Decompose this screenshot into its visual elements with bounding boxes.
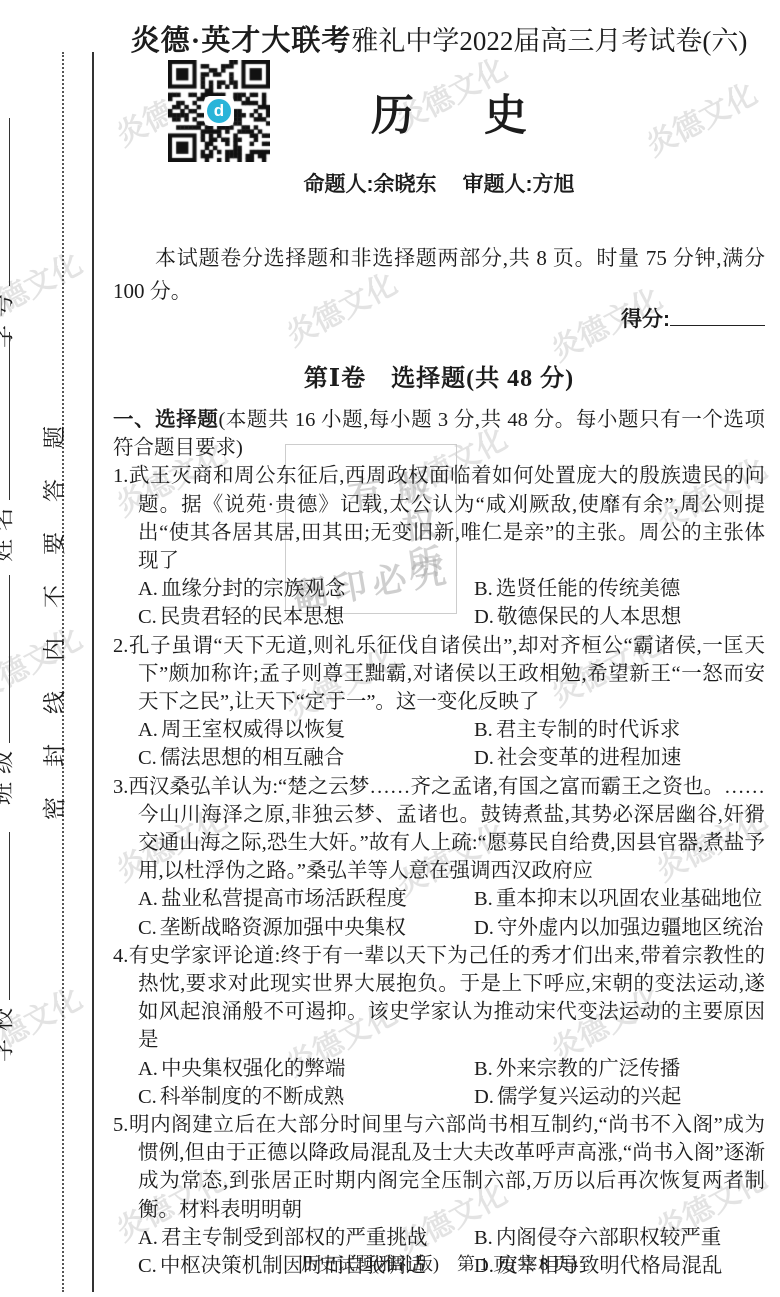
- option-item: A.盐业私营提高市场活跃程度: [138, 885, 474, 913]
- option-text: 儒学复兴运动的兴起: [497, 1086, 682, 1108]
- fill-in-line: [0, 118, 10, 286]
- option-item: B.选贤任能的传统美德: [474, 575, 765, 603]
- options-grid: A.中央集权强化的弊端 B.外来宗教的广泛传播 C.科举制度的不断成熟 D.儒学…: [138, 1055, 765, 1111]
- options-grid: A.血缘分封的宗族观念 B.选贤任能的传统美德 C.民贵君轻的民本思想 D.敬德…: [138, 575, 765, 631]
- qr-logo-letter: d: [207, 99, 231, 123]
- margin-label-school: 学校: [0, 832, 18, 1062]
- options-grid: A.周王室权威得以恢复 B.君主专制的时代诉求 C.儒法思想的相互融合 D.社会…: [138, 716, 765, 772]
- option-item: B.外来宗教的广泛传播: [474, 1055, 765, 1083]
- score-fill-line: [670, 304, 765, 326]
- mcq-instruction: 一、选择题(本题共 16 小题,每小题 3 分,共 48 分。每小题只有一个选项…: [113, 406, 765, 462]
- option-text: 民贵君轻的民本思想: [160, 606, 345, 628]
- reviewer-name: 审题人:方旭: [463, 168, 575, 198]
- fill-in-line: [0, 832, 10, 1000]
- option-label: C.: [138, 1086, 157, 1108]
- option-label: C.: [138, 747, 157, 769]
- margin-label-name: 姓名: [0, 332, 18, 562]
- option-item: A.君主专制受到部权的严重挑战: [138, 1224, 474, 1252]
- option-label: B.: [474, 888, 493, 910]
- option-text: 内阁侵夺六部职权较严重: [496, 1227, 722, 1249]
- footer-page-info: 历史试题(雅礼版) 第 1 页(共 8 页): [113, 1250, 765, 1276]
- question-item: 2.孔子虽谓“天下无道,则礼乐征伐自诸侯出”,却对齐桓公“霸诸侯,一匡天下”颇加…: [113, 632, 765, 773]
- margin-label-class: 班级: [0, 575, 18, 805]
- question-number: 3.: [113, 776, 128, 798]
- option-text: 儒法思想的相互融合: [160, 747, 345, 769]
- option-item: B.重本抑末以巩固农业基础地位: [474, 885, 765, 913]
- exam-intro-paragraph: 本试题卷分选择题和非选择题两部分,共 8 页。时量 75 分钟,满分 100 分…: [113, 242, 765, 308]
- qr-code: d: [168, 60, 270, 162]
- setter-reviewer-line: 命题人:余晓东 审题人:方旭: [113, 168, 765, 198]
- option-label: A.: [138, 1227, 158, 1249]
- option-text: 中央集权强化的弊端: [161, 1058, 346, 1080]
- option-label: A.: [138, 1058, 158, 1080]
- option-text: 周王室权威得以恢复: [161, 719, 346, 741]
- question-number: 4.: [113, 945, 128, 967]
- option-label: A.: [138, 578, 158, 600]
- option-label: B.: [474, 578, 493, 600]
- option-label: A.: [138, 719, 158, 741]
- option-item: D.敬德保民的人本思想: [474, 603, 765, 631]
- question-stem-text: 西汉桑弘羊认为:“楚之云梦……齐之孟诸,有国之富而霸王之资也。……今山川海泽之原…: [128, 776, 765, 883]
- fill-in-line: [0, 575, 10, 743]
- exam-series-brand: 炎德·英才大联考: [131, 25, 352, 57]
- option-label: D.: [474, 747, 494, 769]
- option-label: B.: [474, 1058, 493, 1080]
- option-item: D.社会变革的进程加速: [474, 744, 765, 772]
- seal-solid-line: [92, 52, 94, 1292]
- question-stem: 1.武王灭商和周公东征后,西周政权面临着如何处置庞大的殷族遗民的问题。据《说苑·…: [113, 462, 765, 575]
- qr-logo: d: [204, 96, 234, 126]
- option-item: A.中央集权强化的弊端: [138, 1055, 474, 1083]
- seal-line-notice: 密封线内不要答题: [40, 396, 70, 820]
- option-item: A.周王室权威得以恢复: [138, 716, 474, 744]
- option-text: 敬德保民的人本思想: [497, 606, 682, 628]
- exam-paper-page: 炎德文化 炎德文化 炎德文化 炎德文化 炎德文化 炎德文化 炎德文化 炎德文化 …: [0, 0, 780, 1297]
- question-number: 2.: [113, 635, 128, 657]
- question-stem: 2.孔子虽谓“天下无道,则礼乐征伐自诸侯出”,却对齐桓公“霸诸侯,一匡天下”颇加…: [113, 632, 765, 717]
- option-item: A.血缘分封的宗族观念: [138, 575, 474, 603]
- option-text: 社会变革的进程加速: [497, 747, 682, 769]
- question-stem: 3.西汉桑弘羊认为:“楚之云梦……齐之孟诸,有国之富而霸王之资也。……今山川海泽…: [113, 773, 765, 886]
- option-text: 垄断战略资源加强中央集权: [160, 917, 406, 939]
- question-stem-text: 武王灭商和周公东征后,西周政权面临着如何处置庞大的殷族遗民的问题。据《说苑·贵德…: [128, 465, 765, 572]
- question-stem: 5.明内阁建立后在大部分时间里与六部尚书相互制约,“尚书不入阁”成为惯例,但由于…: [113, 1111, 765, 1224]
- option-item: D.儒学复兴运动的兴起: [474, 1083, 765, 1111]
- option-label: C.: [138, 606, 157, 628]
- margin-label-student-id: 学号: [0, 118, 18, 348]
- fill-in-line: [0, 332, 10, 500]
- question-stem-text: 有史学家评论道:终于有一辈以天下为己任的秀才们出来,带着宗教性的热忱,要求对此现…: [128, 945, 765, 1052]
- question-stem: 4.有史学家评论道:终于有一辈以天下为己任的秀才们出来,带着宗教性的热忱,要求对…: [113, 942, 765, 1055]
- option-label: A.: [138, 888, 158, 910]
- option-label: B.: [474, 719, 493, 741]
- option-text: 君主专制受到部权的严重挑战: [161, 1227, 428, 1249]
- option-text: 科举制度的不断成熟: [160, 1086, 345, 1108]
- options-grid: A.盐业私营提高市场活跃程度 B.重本抑末以巩固农业基础地位 C.垄断战略资源加…: [138, 885, 765, 941]
- option-label: D.: [474, 606, 494, 628]
- margin-label-text: 姓名: [0, 500, 15, 562]
- option-label: D.: [474, 917, 494, 939]
- question-stem-text: 孔子虽谓“天下无道,则礼乐征伐自诸侯出”,却对齐桓公“霸诸侯,一匡天下”颇加称许…: [128, 635, 765, 713]
- question-number: 5.: [113, 1114, 128, 1136]
- subject-char: 史: [484, 82, 527, 143]
- mcq-instruction-heading: 一、选择题: [113, 408, 218, 431]
- option-item: B.君主专制的时代诉求: [474, 716, 765, 744]
- question-item: 3.西汉桑弘羊认为:“楚之云梦……齐之孟诸,有国之富而霸王之资也。……今山川海泽…: [113, 773, 765, 942]
- option-text: 守外虚内以加强边疆地区统治: [497, 917, 764, 939]
- question-item: 1.武王灭商和周公东征后,西周政权面临着如何处置庞大的殷族遗民的问题。据《说苑·…: [113, 462, 765, 631]
- subject-char: 历: [371, 82, 414, 143]
- option-item: D.守外虚内以加强边疆地区统治: [474, 914, 765, 942]
- option-item: B.内阁侵夺六部职权较严重: [474, 1224, 765, 1252]
- margin-label-text: 班级: [0, 743, 15, 805]
- question-stem-text: 明内阁建立后在大部分时间里与六部尚书相互制约,“尚书不入阁”成为惯例,但由于正德…: [128, 1114, 765, 1221]
- exam-title-rest: 雅礼中学2022届高三月考试卷(六): [351, 26, 747, 56]
- exam-title: 炎德·英才大联考雅礼中学2022届高三月考试卷(六): [113, 18, 765, 59]
- question-number: 1.: [113, 465, 128, 487]
- option-item: C.垄断战略资源加强中央集权: [138, 914, 474, 942]
- setter-name: 命题人:余晓东: [304, 168, 437, 198]
- option-label: C.: [138, 917, 157, 939]
- option-text: 外来宗教的广泛传播: [496, 1058, 681, 1080]
- question-area: 一、选择题(本题共 16 小题,每小题 3 分,共 48 分。每小题只有一个选项…: [113, 406, 765, 1280]
- margin-label-text: 学校: [0, 1000, 15, 1062]
- option-text: 盐业私营提高市场活跃程度: [161, 888, 407, 910]
- option-item: C.民贵君轻的民本思想: [138, 603, 474, 631]
- option-label: B.: [474, 1227, 493, 1249]
- question-item: 4.有史学家评论道:终于有一辈以天下为己任的秀才们出来,带着宗教性的热忱,要求对…: [113, 942, 765, 1111]
- option-label: D.: [474, 1086, 494, 1108]
- option-text: 选贤任能的传统美德: [496, 578, 681, 600]
- score-row: 得分:: [621, 303, 765, 333]
- option-text: 重本抑末以巩固农业基础地位: [496, 888, 763, 910]
- option-item: C.儒法思想的相互融合: [138, 744, 474, 772]
- option-text: 血缘分封的宗族观念: [161, 578, 346, 600]
- option-item: C.科举制度的不断成熟: [138, 1083, 474, 1111]
- score-label: 得分:: [621, 308, 670, 331]
- option-text: 君主专制的时代诉求: [496, 719, 681, 741]
- section-title: 第Ⅰ卷 选择题(共 48 分): [113, 358, 765, 393]
